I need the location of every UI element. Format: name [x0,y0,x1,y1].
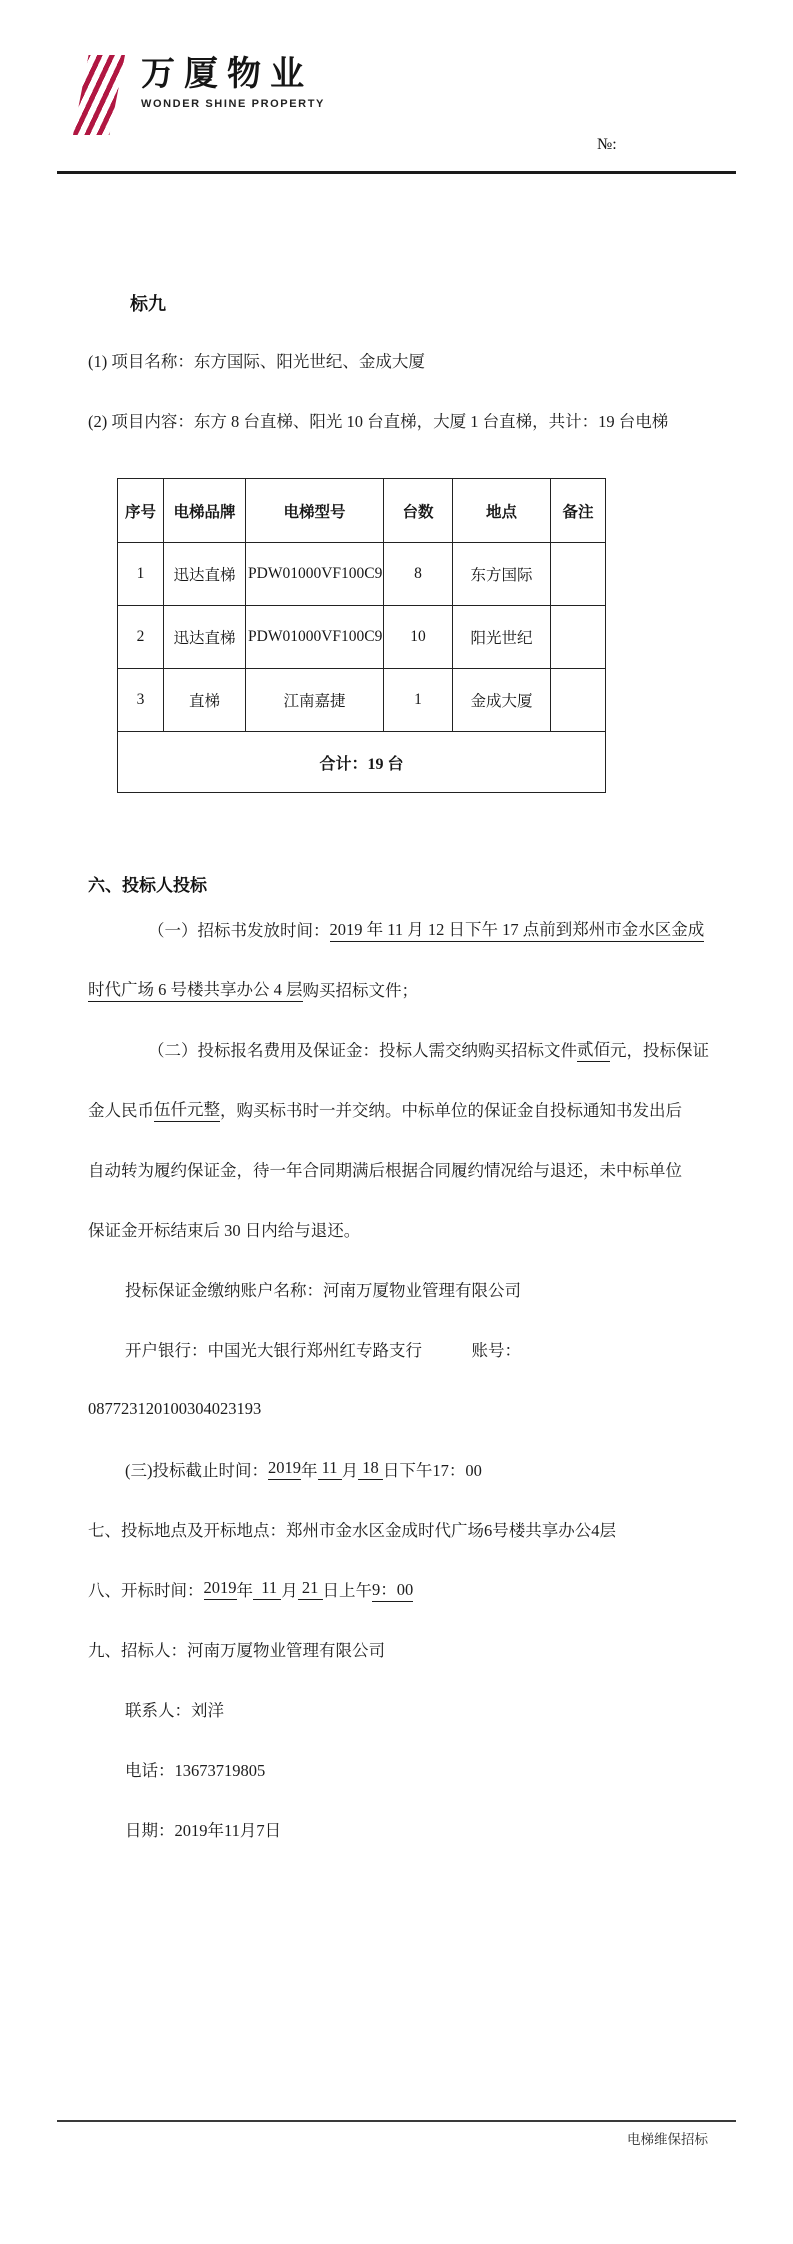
text-segment: （二）投标报名费用及保证金：投标人需交纳购买招标文件 [148,1037,577,1061]
table-cell: 阳光世纪 [453,606,551,669]
table-cell: 金成大厦 [453,669,551,732]
document-line: 日期：2019年11月7日 [88,1799,712,1859]
underlined-text: 9：00 [372,1576,413,1602]
text-segment: 日上午 [323,1577,373,1601]
underlined-text: 18 [358,1458,383,1480]
table-row: 3直梯江南嘉捷1金成大厦 [118,669,606,732]
text-segment: 联系人：刘洋 [125,1697,224,1721]
table-cell: PDW01000VF100C9 [246,606,384,669]
underlined-text: 11 [318,1458,342,1480]
document-line: 时代广场 6 号楼共享办公 4 层购买招标文件； [88,959,712,1019]
document-content: 标九 (1) 项目名称：东方国际、阳光世纪、金成大厦 (2) 项目内容：东方 8… [88,290,712,1859]
table-total-cell: 合计：19 台 [118,732,606,793]
underlined-text: 2019 年 11 月 12 日下午 17 点前到郑州市金水区金成 [330,916,705,942]
underlined-text: 贰佰 [577,1036,610,1062]
text-segment: 月 [342,1457,359,1481]
table-header-cell: 序号 [118,479,164,543]
table-cell: 10 [384,606,453,669]
table-cell: 迅达直梯 [164,606,246,669]
underlined-text: 时代广场 6 号楼共享办公 4 层 [88,976,303,1002]
document-line: 八、开标时间：2019年 11 月 21 日上午9：00 [88,1559,712,1619]
text-segment: 金人民币 [88,1097,154,1121]
text-segment: 日下午17：00 [383,1457,482,1481]
table-header-cell: 备注 [551,479,606,543]
table-cell: 1 [384,669,453,732]
table-cell [551,669,606,732]
table-cell: 2 [118,606,164,669]
document-line: （二）投标报名费用及保证金：投标人需交纳购买招标文件贰佰元，投标保证 [88,1019,712,1079]
footer-label: 电梯维保招标 [627,2128,708,2148]
underlined-text: 2019 [268,1458,301,1480]
table-header-cell: 地点 [453,479,551,543]
table-cell: 1 [118,543,164,606]
company-name-en: WONDER SHINE PROPERTY [141,98,325,110]
text-segment: 自动转为履约保证金，待一年合同期满后根据合同履约情况给与退还，未中标单位 [88,1157,682,1181]
text-segment: 保证金开标结束后 30 日内给与退还。 [88,1217,360,1241]
table-cell [551,543,606,606]
text-segment: 日期：2019年11月7日 [125,1817,281,1841]
table-total-row: 合计：19 台 [118,732,606,793]
document-line: 七、投标地点及开标地点：郑州市金水区金成时代广场6号楼共享办公4层 [88,1499,712,1559]
table-header-cell: 电梯品牌 [164,479,246,543]
logo-stripes-icon [73,55,125,135]
table-cell: 直梯 [164,669,246,732]
table-cell: 东方国际 [453,543,551,606]
text-segment: 电话：13673719805 [125,1757,265,1781]
text-segment: 购买招标文件； [303,977,419,1001]
document-line: 投标保证金缴纳账户名称：河南万厦物业管理有限公司 [88,1259,712,1319]
logo-text: 万厦物业 WONDER SHINE PROPERTY [141,55,325,110]
text-segment: 开户银行：中国光大银行郑州红专路支行 账号： [125,1337,521,1361]
elevator-table: 序号电梯品牌电梯型号台数地点备注 1迅达直梯PDW01000VF100C98东方… [117,478,606,793]
table-row: 2迅达直梯PDW01000VF100C910阳光世纪 [118,606,606,669]
document-number-label: №: [597,136,617,154]
table-cell: 3 [118,669,164,732]
table-header-cell: 电梯型号 [246,479,384,543]
tender-section-title: 标九 [130,290,712,320]
company-logo: 万厦物业 WONDER SHINE PROPERTY [73,55,325,135]
text-segment: 年 [237,1577,254,1601]
body-text-block: （一）招标书发放时间：2019 年 11 月 12 日下午 17 点前到郑州市金… [88,899,712,1859]
footer-divider [57,2120,736,2122]
document-line: 联系人：刘洋 [88,1679,712,1739]
underlined-text: 伍仟元整 [154,1096,220,1122]
underlined-text: 2019 [204,1578,237,1600]
table-cell [551,606,606,669]
document-line: 开户银行：中国光大银行郑州红专路支行 账号： [88,1319,712,1379]
text-segment: （一）招标书发放时间： [148,917,330,941]
table-cell: 8 [384,543,453,606]
text-segment: 八、开标时间： [88,1577,204,1601]
section-six-heading: 六、投标人投标 [88,871,712,899]
document-page: 万厦物业 WONDER SHINE PROPERTY №: 标九 (1) 项目名… [0,0,793,2244]
text-segment: 七、投标地点及开标地点：郑州市金水区金成时代广场6号楼共享办公4层 [88,1517,616,1541]
text-segment: 投标保证金缴纳账户名称：河南万厦物业管理有限公司 [125,1277,521,1301]
document-line: 保证金开标结束后 30 日内给与退还。 [88,1199,712,1259]
table-header-cell: 台数 [384,479,453,543]
table-cell: PDW01000VF100C9 [246,543,384,606]
text-segment: 月 [281,1577,298,1601]
text-segment: 年 [301,1457,318,1481]
document-line: 自动转为履约保证金，待一年合同期满后根据合同履约情况给与退还，未中标单位 [88,1139,712,1199]
text-segment: 九、招标人：河南万厦物业管理有限公司 [88,1637,385,1661]
project-content-line: (2) 项目内容：东方 8 台直梯、阳光 10 台直梯，大厦 1 台直梯，共计：… [88,408,712,438]
underlined-text: 11 [253,1578,281,1600]
table-header-row: 序号电梯品牌电梯型号台数地点备注 [118,479,606,543]
document-line: （一）招标书发放时间：2019 年 11 月 12 日下午 17 点前到郑州市金… [88,899,712,959]
project-name-line: (1) 项目名称：东方国际、阳光世纪、金成大厦 [88,348,712,378]
underlined-text: 21 [298,1578,323,1600]
text-segment: 元，投标保证 [610,1037,709,1061]
text-segment: 087723120100304023193 [88,1399,261,1419]
document-line: 电话：13673719805 [88,1739,712,1799]
document-line: 087723120100304023193 [88,1379,712,1439]
table-cell: 迅达直梯 [164,543,246,606]
table-cell: 江南嘉捷 [246,669,384,732]
company-name: 万厦物业 [141,55,325,93]
header-divider [57,171,736,174]
table-row: 1迅达直梯PDW01000VF100C98东方国际 [118,543,606,606]
document-line: 金人民币伍仟元整，购买标书时一并交纳。中标单位的保证金自投标通知书发出后 [88,1079,712,1139]
text-segment: ，购买标书时一并交纳。中标单位的保证金自投标通知书发出后 [220,1097,682,1121]
text-segment: (三)投标截止时间： [125,1457,268,1481]
document-line: 九、招标人：河南万厦物业管理有限公司 [88,1619,712,1679]
document-line: (三)投标截止时间：2019年 11 月 18 日下午17：00 [88,1439,712,1499]
